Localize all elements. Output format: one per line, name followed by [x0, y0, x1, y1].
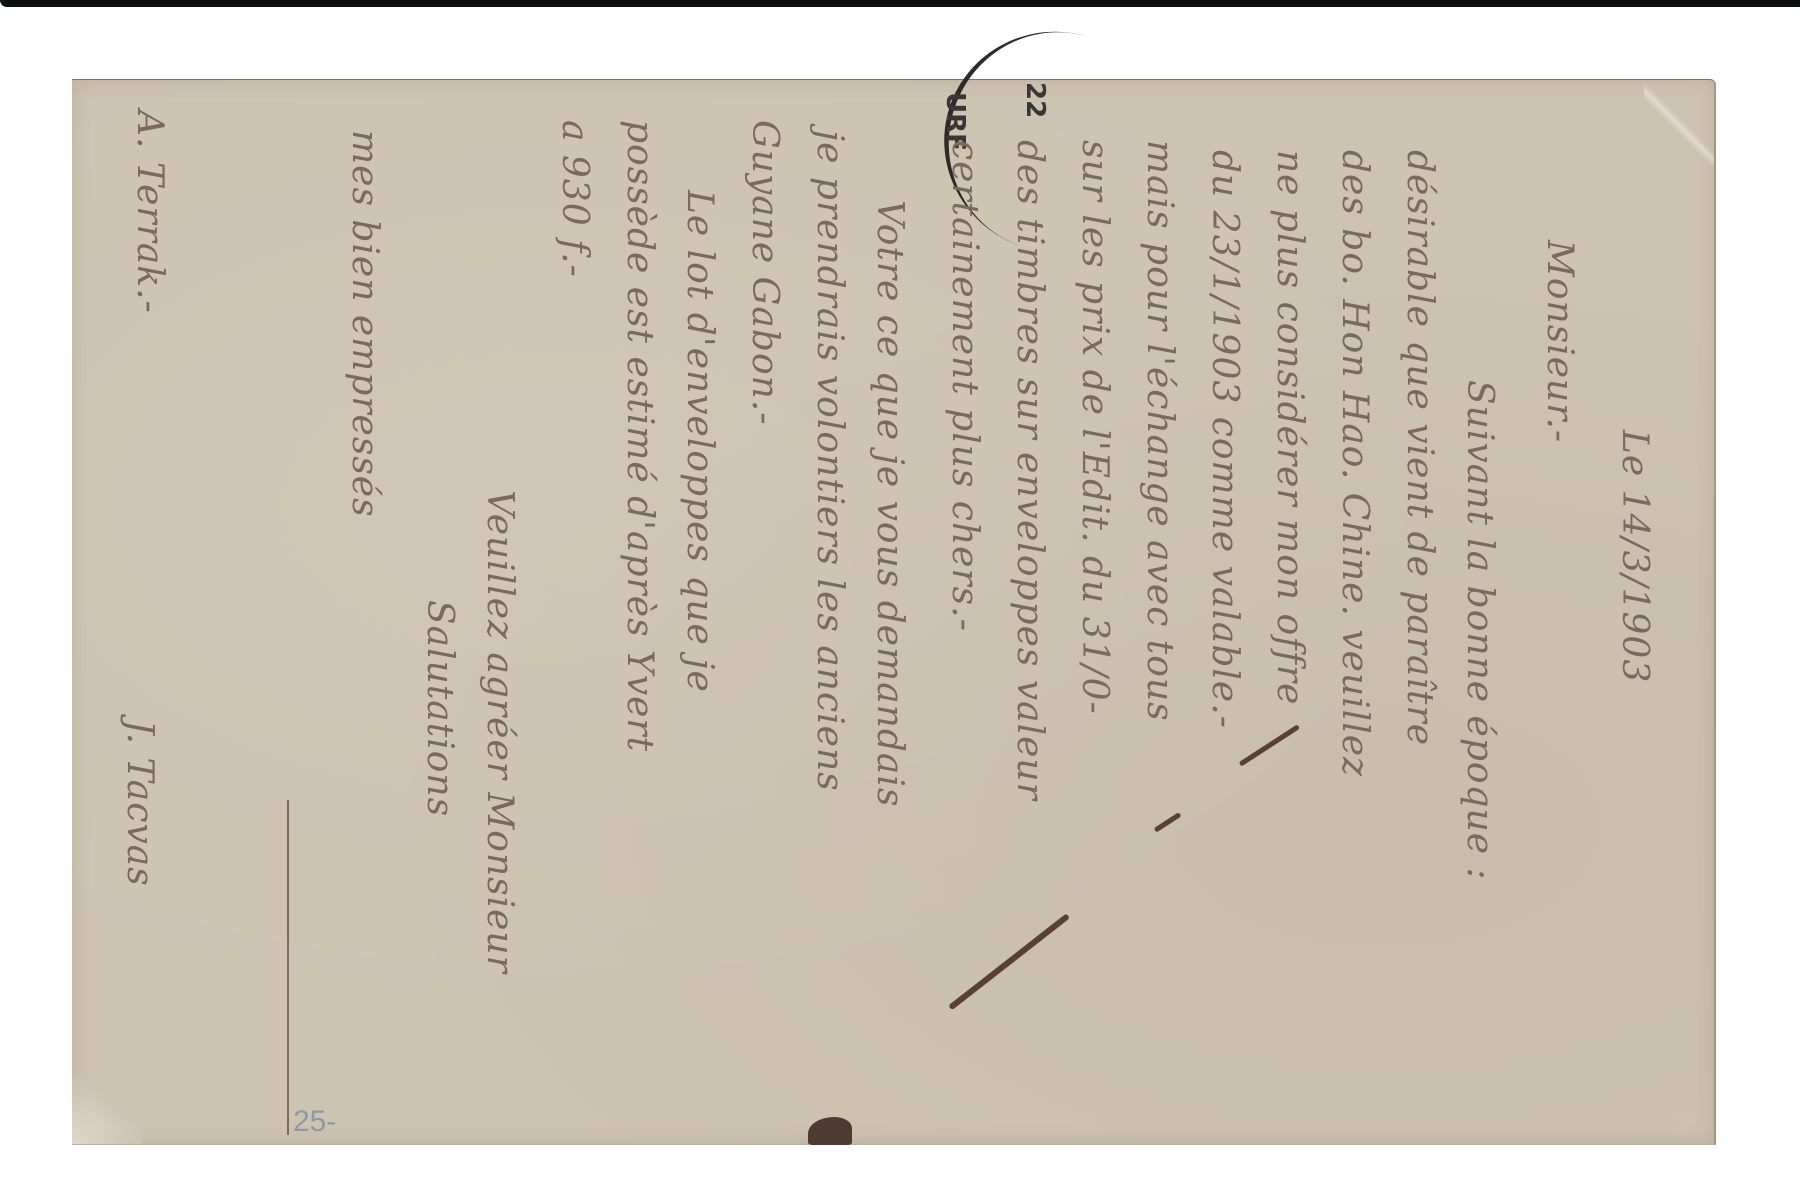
letter-line: Veuillez agréer Monsieur [479, 490, 520, 974]
letter-line: du 23/1/1903 comme valable.- [1204, 150, 1245, 729]
signature-underline [287, 800, 289, 1135]
letter-line: je prendrais volontiers les anciens [809, 130, 850, 792]
corner-crease [1644, 80, 1714, 170]
letter-line: désirable que vient de paraître [1399, 150, 1440, 746]
ink-blot [808, 1117, 852, 1145]
postmark-date: 22 [1020, 82, 1050, 118]
letter-line: Suivant la bonne époque : [1459, 380, 1500, 881]
pencil-price-mark: 25- [293, 1105, 336, 1139]
letter-line: des bo. Hon Hao. Chine. veuillez [1334, 150, 1375, 777]
letter-line: des timbres sur enveloppes valeur [1009, 140, 1050, 801]
letter-line: mais pour l'échange avec tous [1139, 140, 1180, 722]
date-line: Le 14/3/1903 [1614, 430, 1655, 683]
letter-line: mes bien empressés [344, 130, 385, 518]
letter-line: certainement plus chers.- [944, 140, 985, 632]
letter-line: Le lot d'enveloppes que je [679, 190, 720, 693]
letter-line: ne plus considérer mon offre [1269, 150, 1310, 705]
letter-line: a 930 f.- [554, 120, 595, 278]
signature: J. Tacvas [119, 720, 160, 887]
letter-line: Guyane Gabon.- [744, 120, 785, 425]
letter-line: sur les prix de l'Edit. du 31/0- [1074, 140, 1115, 715]
top-border-bar [0, 0, 1800, 7]
letter-line: possède est estimé d'après Yvert [619, 120, 660, 752]
corner-crease-bottom-left [72, 1014, 142, 1144]
letter-line: Salutations [419, 600, 460, 817]
letter-line: Votre ce que je vous demandais [869, 200, 910, 807]
sender-name: A. Terrak.- [129, 110, 170, 314]
salutation: Monsieur.- [1539, 240, 1580, 443]
